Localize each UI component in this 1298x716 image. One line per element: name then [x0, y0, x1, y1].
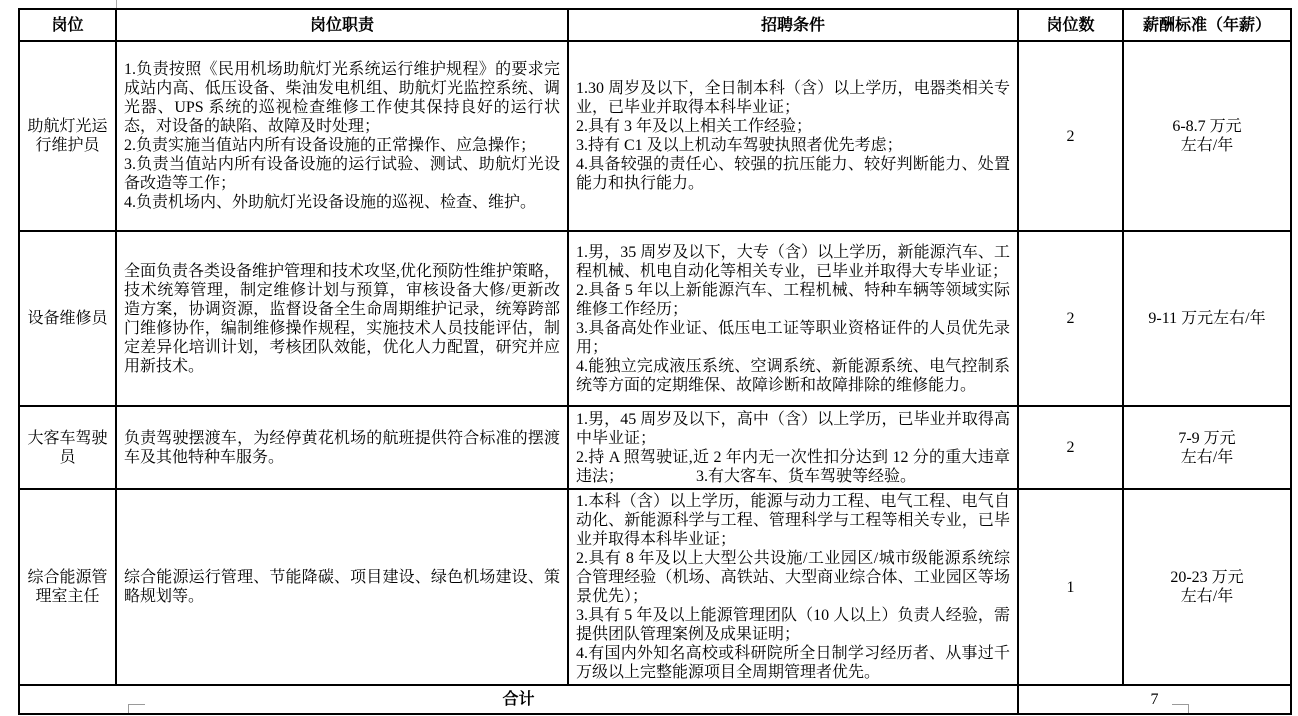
row-count: 2 [1018, 231, 1123, 406]
row-duties: 全面负责各类设备维护管理和技术攻坚,优化预防性维护策略，技术统筹管理，制定维修计… [116, 231, 568, 406]
header-duties: 岗位职责 [116, 9, 568, 41]
table-row: 设备维修员 全面负责各类设备维护管理和技术攻坚,优化预防性维护策略，技术统筹管理… [19, 231, 1291, 406]
header-position: 岗位 [19, 9, 116, 41]
row-conditions: 1.30 周岁及以下，全日制本科（含）以上学历，电器类相关专业，已毕业并取得本科… [568, 41, 1018, 231]
row-salary: 20-23 万元 左右/年 [1123, 489, 1291, 685]
recruitment-table: 岗位 岗位职责 招聘条件 岗位数 薪酬标准（年薪） 助航灯光运行维护员 1.负责… [18, 8, 1292, 715]
row-count: 2 [1018, 41, 1123, 231]
row-salary: 6-8.7 万元 左右/年 [1123, 41, 1291, 231]
table-row: 助航灯光运行维护员 1.负责按照《民用机场助航灯光系统运行维护规程》的要求完成站… [19, 41, 1291, 231]
total-row: 合计 7 [19, 685, 1291, 714]
table-row: 大客车驾驶员 负责驾驶摆渡车，为经停黄花机场的航班提供符合标准的摆渡车及其他特种… [19, 406, 1291, 489]
total-count: 7 [1018, 685, 1291, 714]
header-conditions: 招聘条件 [568, 9, 1018, 41]
row-count: 1 [1018, 489, 1123, 685]
row-conditions: 1.男，35 周岁及以下，大专（含）以上学历，新能源汽车、工程机械、机电自动化等… [568, 231, 1018, 406]
row-conditions: 1.本科（含）以上学历，能源与动力工程、电气工程、电气自动化、新能源科学与工程、… [568, 489, 1018, 685]
row-count: 2 [1018, 406, 1123, 489]
document-page: 岗位 岗位职责 招聘条件 岗位数 薪酬标准（年薪） 助航灯光运行维护员 1.负责… [0, 0, 1298, 716]
row-salary: 7-9 万元 左右/年 [1123, 406, 1291, 489]
row-position: 大客车驾驶员 [19, 406, 116, 489]
total-label: 合计 [19, 685, 1018, 714]
row-duties: 负责驾驶摆渡车，为经停黄花机场的航班提供符合标准的摆渡车及其他特种车服务。 [116, 406, 568, 489]
row-salary: 9-11 万元左右/年 [1123, 231, 1291, 406]
row-position: 设备维修员 [19, 231, 116, 406]
page-margin-mark-left [128, 704, 145, 713]
row-position: 助航灯光运行维护员 [19, 41, 116, 231]
header-salary: 薪酬标准（年薪） [1123, 9, 1291, 41]
row-conditions: 1.男，45 周岁及以下，高中（含）以上学历，已毕业并取得高中毕业证； 2.持 … [568, 406, 1018, 489]
header-row: 岗位 岗位职责 招聘条件 岗位数 薪酬标准（年薪） [19, 9, 1291, 41]
row-duties: 综合能源运行管理、节能降碳、项目建设、绿色机场建设、策略规划等。 [116, 489, 568, 685]
page-margin-mark-right [1172, 704, 1189, 713]
row-duties: 1.负责按照《民用机场助航灯光系统运行维护规程》的要求完成站内高、低压设备、柴油… [116, 41, 568, 231]
row-position: 综合能源管理室主任 [19, 489, 116, 685]
header-count: 岗位数 [1018, 9, 1123, 41]
table-row: 综合能源管理室主任 综合能源运行管理、节能降碳、项目建设、绿色机场建设、策略规划… [19, 489, 1291, 685]
